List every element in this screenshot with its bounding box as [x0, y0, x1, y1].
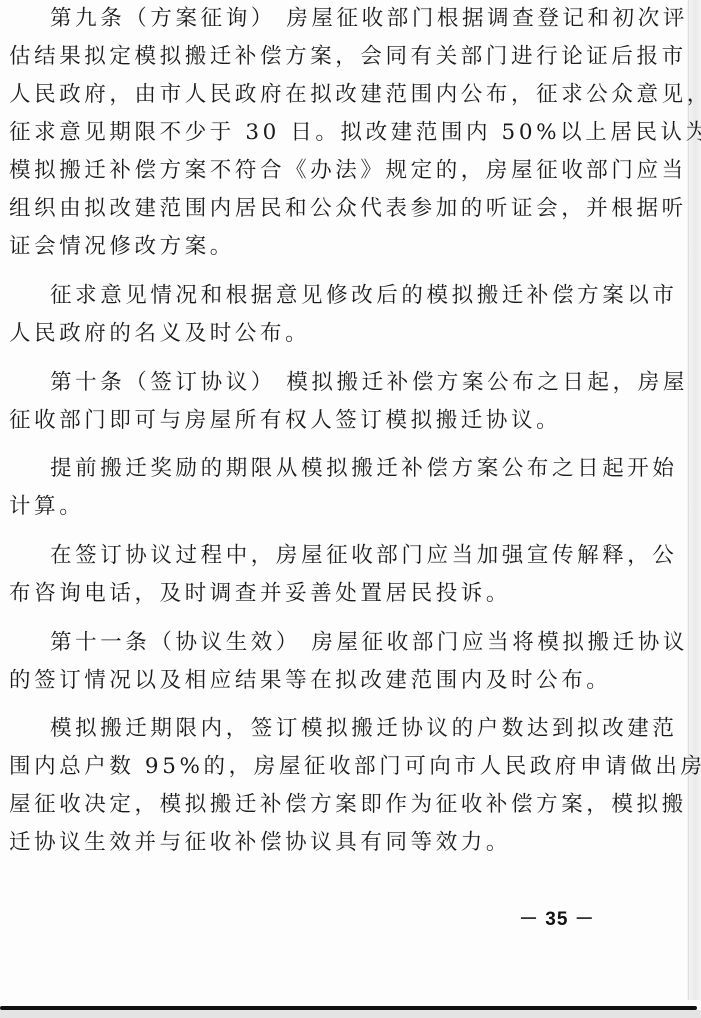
page-number: － 35 － [519, 904, 595, 931]
text-line: 组织由拟改建范围内居民和公众代表参加的听证会，并根据听 [9, 190, 687, 228]
text-line: 围内总户数 95%的，房屋征收部门可向市人民政府申请做出房 [9, 748, 701, 786]
text-line: 迁协议生效并与征收补偿协议具有同等效力。 [9, 824, 511, 862]
text-line: 屋征收决定，模拟搬迁补偿方案即作为征收补偿方案，模拟搬 [9, 786, 687, 824]
text-line: 证会情况修改方案。 [9, 228, 235, 266]
text-line: 提前搬迁奖励的期限从模拟搬迁补偿方案公布之日起开始 [50, 450, 678, 488]
text-line: 征收部门即可与房屋所有权人签订模拟搬迁协议。 [9, 402, 561, 440]
text-line: 布咨询电话，及时调查并妥善处置居民投诉。 [9, 575, 511, 613]
text-line: 在签订协议过程中，房屋征收部门应当加强宣传解释，公 [50, 537, 678, 575]
text-line: 模拟搬迁补偿方案不符合《办法》规定的，房屋征收部门应当 [9, 152, 687, 190]
text-line: 征求意见情况和根据意见修改后的模拟搬迁补偿方案以市 [50, 277, 678, 315]
text-line: 计算。 [9, 488, 84, 526]
text-line: 的签订情况以及相应结果等在拟改建范围内及时公布。 [9, 662, 611, 700]
text-line: 第十一条（协议生效） 房屋征收部门应当将模拟搬迁协议 [50, 624, 688, 662]
text-line: 模拟搬迁期限内，签订模拟搬迁协议的户数达到拟改建范 [50, 710, 678, 748]
text-line: 征求意见期限不少于 30 日。拟改建范围内 50%以上居民认为 [9, 114, 701, 152]
text-line: 人民政府的名义及时公布。 [9, 315, 310, 353]
text-line: 第九条（方案征询） 房屋征收部门根据调查登记和初次评 [50, 0, 688, 38]
page-bottom-shadow [0, 1010, 701, 1018]
text-line: 估结果拟定模拟搬迁补偿方案，会同有关部门进行论证后报市 [9, 38, 687, 76]
text-line: 人民政府，由市人民政府在拟改建范围内公布，征求公众意见， [9, 76, 701, 114]
text-line: 第十条（签订协议） 模拟搬迁补偿方案公布之日起，房屋 [50, 364, 688, 402]
